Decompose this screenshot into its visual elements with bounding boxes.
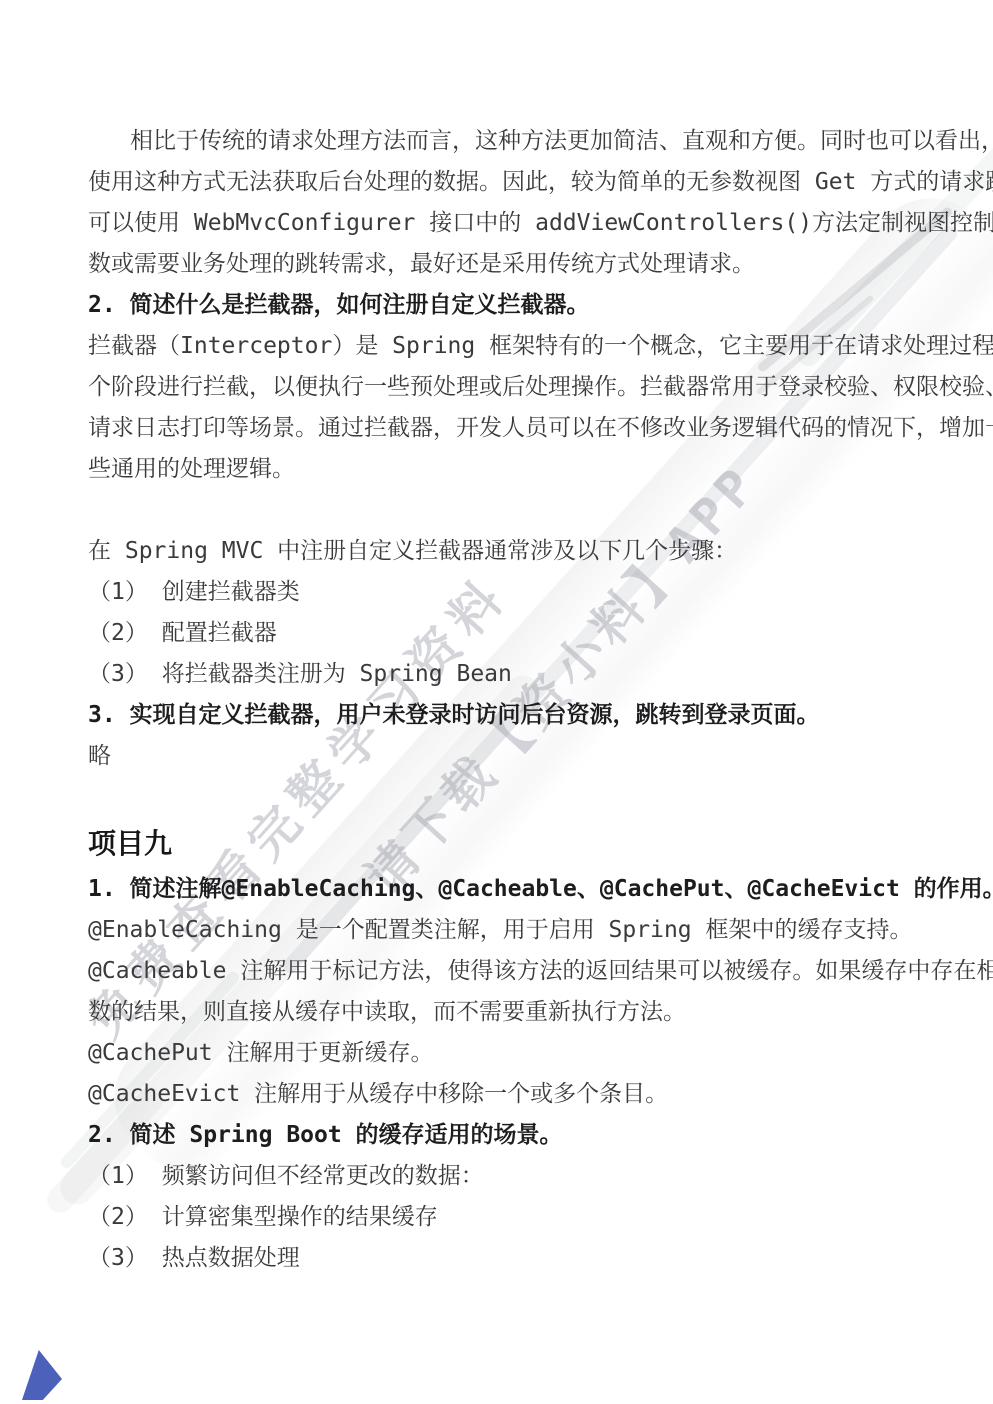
blank-line <box>88 490 906 531</box>
paragraph-line: 请求日志打印等场景。通过拦截器，开发人员可以在不修改业务逻辑代码的情况下，增加一 <box>88 408 906 449</box>
question-heading: 2. 简述 Spring Boot 的缓存适用的场景。 <box>88 1115 906 1156</box>
paragraph-line: @Cacheable 注解用于标记方法，使得该方法的返回结果可以被缓存。如果缓存… <box>88 951 906 992</box>
paragraph-line: @CachePut 注解用于更新缓存。 <box>88 1033 906 1074</box>
paragraph-line: @EnableCaching 是一个配置类注解，用于启用 Spring 框架中的… <box>88 910 906 951</box>
paragraph-line: 些通用的处理逻辑。 <box>88 449 906 490</box>
paragraph-line: @CacheEvict 注解用于从缓存中移除一个或多个条目。 <box>88 1074 906 1115</box>
question-heading: 1. 简述注解@EnableCaching、@Cacheable、@CacheP… <box>88 869 906 910</box>
list-item: （1） 创建拦截器类 <box>88 572 906 613</box>
answer-text: 略 <box>88 736 906 777</box>
list-item: （2） 计算密集型操作的结果缓存 <box>88 1197 906 1238</box>
corner-flag-decoration <box>22 1350 62 1400</box>
paragraph-line: 拦截器（Interceptor）是 Spring 框架特有的一个概念，它主要用于… <box>88 326 906 367</box>
list-item: （1） 频繁访问但不经常更改的数据： <box>88 1156 906 1197</box>
paragraph-line: 相比于传统的请求处理方法而言，这种方法更加简洁、直观和方便。同时也可以看出， <box>88 121 906 162</box>
paragraph-line: 可以使用 WebMvcConfigurer 接口中的 addViewContro… <box>88 203 906 244</box>
paragraph-line: 使用这种方式无法获取后台处理的数据。因此，较为简单的无参数视图 Get 方式的请… <box>88 162 906 203</box>
paragraph-line: 在 Spring MVC 中注册自定义拦截器通常涉及以下几个步骤： <box>88 531 906 572</box>
list-item: （3） 将拦截器类注册为 Spring Bean <box>88 654 906 695</box>
question-heading: 2. 简述什么是拦截器，如何注册自定义拦截器。 <box>88 285 906 326</box>
paragraph-line: 个阶段进行拦截，以便执行一些预处理或后处理操作。拦截器常用于登录校验、权限校验、 <box>88 367 906 408</box>
document-body: 相比于传统的请求处理方法而言，这种方法更加简洁、直观和方便。同时也可以看出， 使… <box>88 0 906 1279</box>
paragraph-line: 数的结果，则直接从缓存中读取，而不需要重新执行方法。 <box>88 992 906 1033</box>
paragraph-line: 数或需要业务处理的跳转需求，最好还是采用传统方式处理请求。 <box>88 244 906 285</box>
list-item: （3） 热点数据处理 <box>88 1238 906 1279</box>
question-heading: 3. 实现自定义拦截器，用户未登录时访问后台资源，跳转到登录页面。 <box>88 695 906 736</box>
list-item: （2） 配置拦截器 <box>88 613 906 654</box>
document-page: 免费查看完整学习资料 请下载【资小料】APP 相比于传统的请求处理方法而言，这种… <box>0 0 993 1404</box>
blank-line <box>88 777 906 818</box>
section-title: 项目九 <box>88 818 906 869</box>
